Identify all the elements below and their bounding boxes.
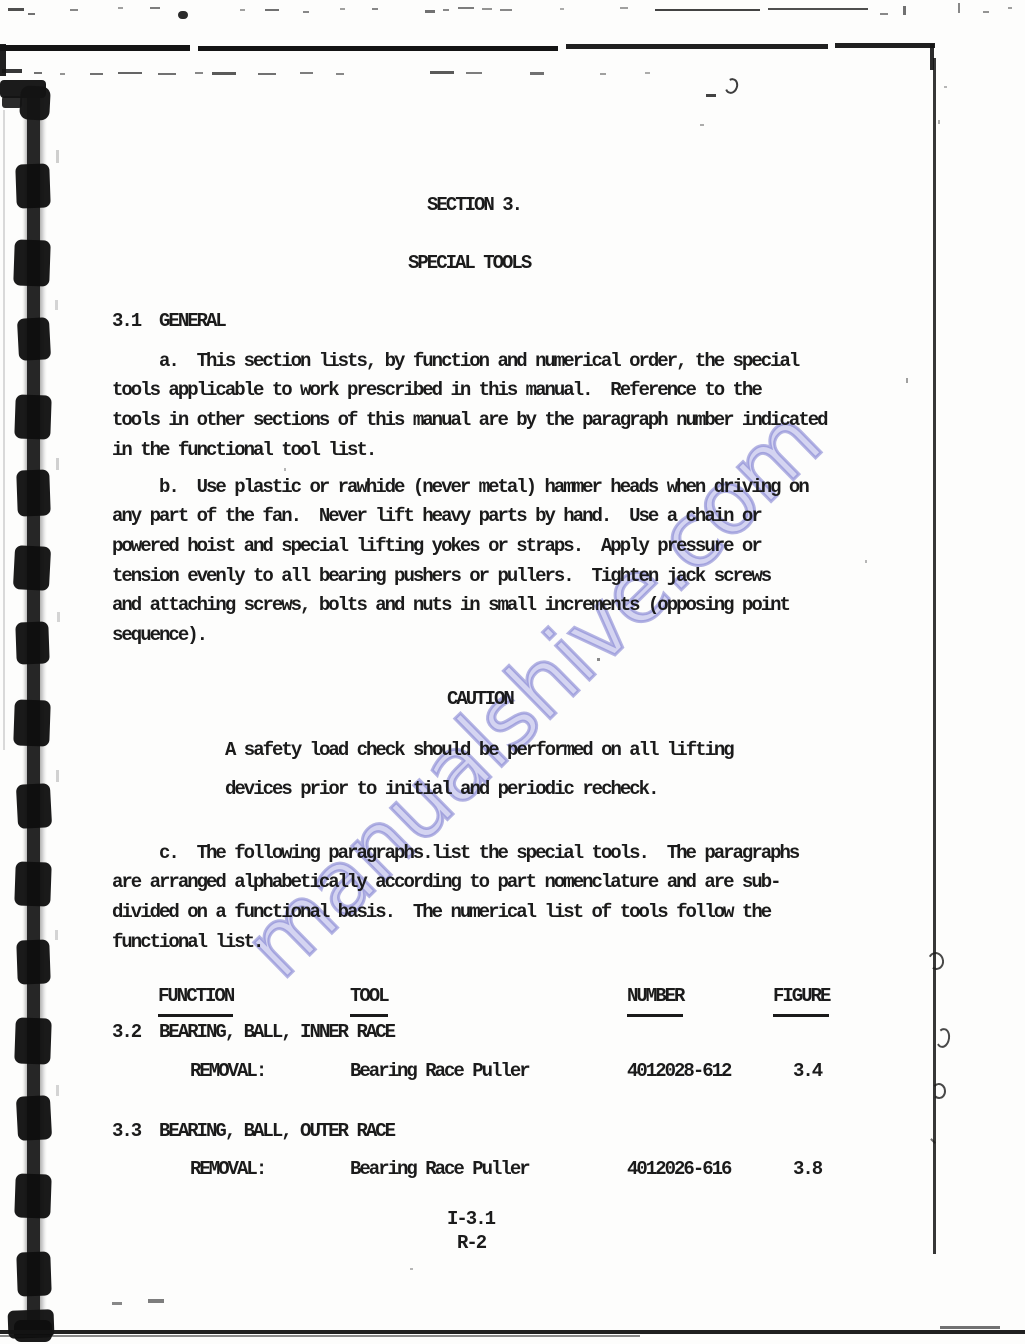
paragraph-3-1-heading: 3.1 GENERAL: [112, 307, 225, 337]
table-cell: 4012028-612: [627, 1057, 730, 1087]
scan-artifact: [938, 120, 940, 124]
binding-tooth: [16, 783, 52, 829]
scan-artifact: [944, 86, 947, 88]
scan-artifact: [240, 9, 245, 11]
scan-artifact: [600, 73, 606, 75]
para_a-line: in the functional tool list.: [112, 436, 375, 466]
table-column-header: FIGURE: [773, 982, 829, 1018]
scan-artifact: [90, 73, 103, 75]
para_b-line: powered hoist and special lifting yokes …: [112, 532, 761, 562]
scan-artifact: [560, 8, 564, 10]
table-cell: REMOVAL:: [190, 1155, 265, 1185]
scan-squiggle: [926, 950, 946, 972]
scan-artifact: [34, 72, 42, 74]
scan-artifact: [500, 9, 512, 11]
binding-tooth: [14, 394, 52, 439]
binding-tooth: [14, 1017, 52, 1064]
scan-squiggle: [934, 1027, 951, 1049]
scan-artifact: [835, 43, 935, 48]
table-cell: 3.8: [793, 1155, 821, 1185]
table-section-heading: 3.2 BEARING, BALL, INNER RACE: [112, 1018, 394, 1048]
scan-artifact: [425, 10, 435, 13]
scan-artifact: [372, 8, 378, 10]
scan-artifact: [300, 72, 313, 74]
table-column-header: TOOL: [350, 982, 388, 1018]
para_c-line: are arranged alphabetically according to…: [112, 868, 780, 898]
binding-tooth: [13, 239, 51, 286]
table-cell: REMOVAL:: [190, 1057, 265, 1087]
caution_body-line: A safety load check should be performed …: [225, 731, 733, 770]
scan-squiggle: [723, 76, 741, 95]
scan-artifact: [865, 560, 867, 563]
scan-artifact: [55, 930, 58, 940]
scan-artifact: [56, 150, 59, 163]
scan-artifact: [597, 658, 600, 661]
table-cell: Bearing Race Puller: [350, 1155, 529, 1185]
scan-artifact: [55, 300, 58, 310]
scan-artifact: [28, 13, 35, 15]
scan-artifact: [284, 468, 286, 471]
binding-tooth: [15, 621, 49, 664]
scan-artifact: [158, 73, 176, 75]
scan-artifact: [19, 85, 51, 121]
para_b-line: any part of the fan. Never lift heavy pa…: [112, 502, 761, 532]
scan-squiggle: [931, 1082, 946, 1099]
para_a-line: tools applicable to work prescribed in t…: [112, 376, 761, 406]
binding-tooth: [15, 163, 51, 208]
scan-artifact: [150, 7, 160, 9]
para_b-line: tension evenly to all bearing pushers or…: [112, 562, 770, 592]
scan-artifact: [940, 1326, 1000, 1329]
scan-artifact: [148, 1299, 164, 1303]
scan-artifact: [212, 72, 236, 75]
scan-artifact: [178, 11, 188, 19]
scan-artifact: [303, 11, 309, 13]
scan-artifact: [466, 72, 482, 74]
scan-artifact: [482, 8, 492, 10]
scan-artifact: [903, 6, 906, 15]
binding-tooth: [14, 1173, 52, 1218]
para_b-line: b. Use plastic or rawhide (never metal) …: [112, 473, 808, 503]
scan-artifact: [655, 9, 760, 11]
scan-artifact: [56, 770, 59, 782]
scan-artifact: [906, 378, 908, 383]
scan-artifact: [3, 110, 5, 750]
scan-artifact: [112, 1302, 122, 1305]
scan-artifact: [458, 7, 474, 9]
scan-artifact: [198, 46, 558, 51]
binding-tooth: [17, 317, 51, 361]
table-section-heading: 3.3 BEARING, BALL, OUTER RACE: [112, 1117, 394, 1147]
para_c-line: divided on a functional basis. The numer…: [112, 898, 770, 928]
scan-artifact: [118, 72, 142, 74]
caution_body-line: devices prior to initial and periodic re…: [225, 770, 658, 809]
scan-artifact: [566, 44, 828, 49]
scan-artifact: [195, 72, 203, 74]
scan-artifact: [443, 9, 449, 11]
scan-artifact: [8, 8, 24, 11]
section-heading: SECTION 3.: [427, 191, 521, 221]
footer-revision: R-2: [457, 1229, 485, 1259]
scan-artifact: [336, 73, 344, 75]
section-title: SPECIAL TOOLS: [408, 249, 530, 279]
scanned-page: manualshive.com SECTION 3.SPECIAL TOOLS3…: [0, 0, 1025, 1344]
para_a-line: tools in other sections of this manual a…: [112, 406, 827, 436]
caution-heading: CAUTION: [447, 685, 513, 715]
scan-artifact: [2, 69, 22, 73]
table-column-header: FUNCTION: [158, 982, 233, 1018]
para_c-line: functional list.: [112, 928, 262, 958]
scan-artifact: [56, 1085, 59, 1096]
binding-tooth: [16, 469, 51, 516]
scan-artifact: [118, 7, 123, 9]
scan-artifact: [700, 124, 704, 126]
scan-artifact: [880, 13, 888, 15]
scan-artifact: [60, 73, 65, 75]
binding-tooth: [16, 1251, 52, 1296]
scan-artifact: [0, 1335, 640, 1337]
scan-artifact: [70, 9, 78, 11]
scan-artifact: [340, 8, 345, 10]
para_b-line: sequence).: [112, 621, 206, 651]
scan-artifact: [410, 1268, 413, 1270]
scan-artifact: [933, 58, 936, 1254]
scan-artifact: [958, 3, 960, 13]
scan-artifact: [620, 7, 628, 9]
binding-tooth: [13, 545, 51, 591]
binding-tooth: [16, 939, 51, 984]
table-column-header: NUMBER: [627, 982, 683, 1018]
scan-artifact: [0, 45, 190, 51]
scan-artifact: [1008, 7, 1012, 9]
scan-artifact: [530, 72, 544, 75]
scan-artifact: [706, 94, 716, 97]
scan-artifact: [768, 8, 868, 10]
scan-artifact: [430, 71, 454, 74]
scan-artifact: [983, 11, 989, 13]
binding-tooth: [16, 1095, 52, 1141]
table-cell: Bearing Race Puller: [350, 1057, 529, 1087]
scan-artifact: [56, 458, 59, 470]
table-cell: 3.4: [793, 1057, 821, 1087]
scan-artifact: [57, 612, 60, 622]
scan-artifact: [265, 9, 279, 11]
para_c-line: c. The following paragraphs.list the spe…: [112, 839, 798, 869]
table-cell: 4012026-616: [627, 1155, 730, 1185]
binding-tooth: [14, 861, 52, 906]
scan-artifact: [645, 72, 650, 74]
para_a-line: a. This section lists, by function and n…: [112, 347, 798, 377]
binding-tooth: [13, 699, 51, 746]
scan-artifact: [258, 73, 276, 75]
para_b-line: and attaching screws, bolts and nuts in …: [112, 591, 789, 621]
scan-artifact: [0, 1330, 1025, 1334]
